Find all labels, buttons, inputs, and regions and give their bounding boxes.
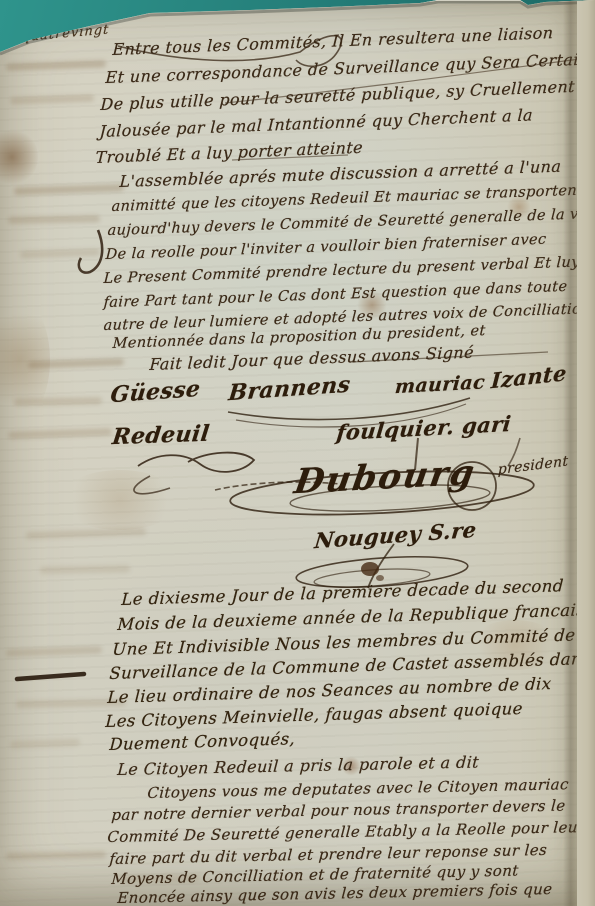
adjacent-page-edge bbox=[577, 0, 595, 906]
folio-margin-note: quatrevingt bbox=[21, 22, 109, 45]
manuscript-photo: quatrevingt Entre tous les Commités, Il … bbox=[0, 0, 595, 906]
bleed-through-mark bbox=[6, 851, 106, 860]
paper-stain bbox=[60, 470, 180, 530]
bleed-through-mark bbox=[8, 215, 100, 224]
bleed-through-mark bbox=[14, 184, 124, 195]
signature-guesse: Güesse bbox=[109, 376, 201, 409]
signature-izante: Izante bbox=[490, 360, 567, 393]
margin-bracket-mark bbox=[79, 230, 102, 273]
redeuil-paraph bbox=[138, 453, 254, 472]
redeuil-paraph bbox=[134, 476, 170, 494]
ink-blot bbox=[376, 575, 384, 581]
speech-intro-line: Le Citoyen Redeuil a pris la parole et a… bbox=[117, 752, 480, 779]
bleed-through-mark bbox=[28, 358, 124, 368]
bleed-through-mark bbox=[10, 739, 80, 748]
signature-dubourg: Dubourg bbox=[292, 453, 479, 503]
bleed-through-mark bbox=[10, 95, 94, 105]
signature-nouguey-secretaire: Nouguey S.re bbox=[313, 517, 478, 554]
ink-stain bbox=[0, 128, 38, 186]
bleed-through-mark bbox=[40, 565, 130, 574]
signature-brannens: Brannens bbox=[227, 371, 351, 406]
signature-redeuil: Redeuil bbox=[111, 421, 211, 451]
margin-dash bbox=[17, 674, 84, 679]
signature-title-president: president bbox=[498, 453, 569, 478]
bleed-through-mark bbox=[20, 249, 100, 259]
bleed-through-mark bbox=[8, 428, 112, 439]
bleed-through-mark bbox=[6, 60, 106, 70]
page-fold-crease bbox=[563, 0, 577, 906]
bleed-through-mark bbox=[26, 528, 146, 539]
signature-mauriac: mauriac bbox=[394, 371, 486, 398]
manuscript-line: Troublé Et a luy porter atteinte bbox=[95, 138, 363, 167]
bleed-through-mark bbox=[6, 646, 102, 656]
manuscript-page: quatrevingt Entre tous les Commités, Il … bbox=[0, 0, 595, 906]
manuscript-line: Duement Convoqués, bbox=[109, 729, 296, 754]
paper-stain bbox=[0, 300, 50, 420]
bleed-through-mark bbox=[14, 397, 102, 406]
ink-blot bbox=[361, 562, 379, 576]
signature-foulquier-gari: foulquier. gari bbox=[335, 411, 512, 445]
